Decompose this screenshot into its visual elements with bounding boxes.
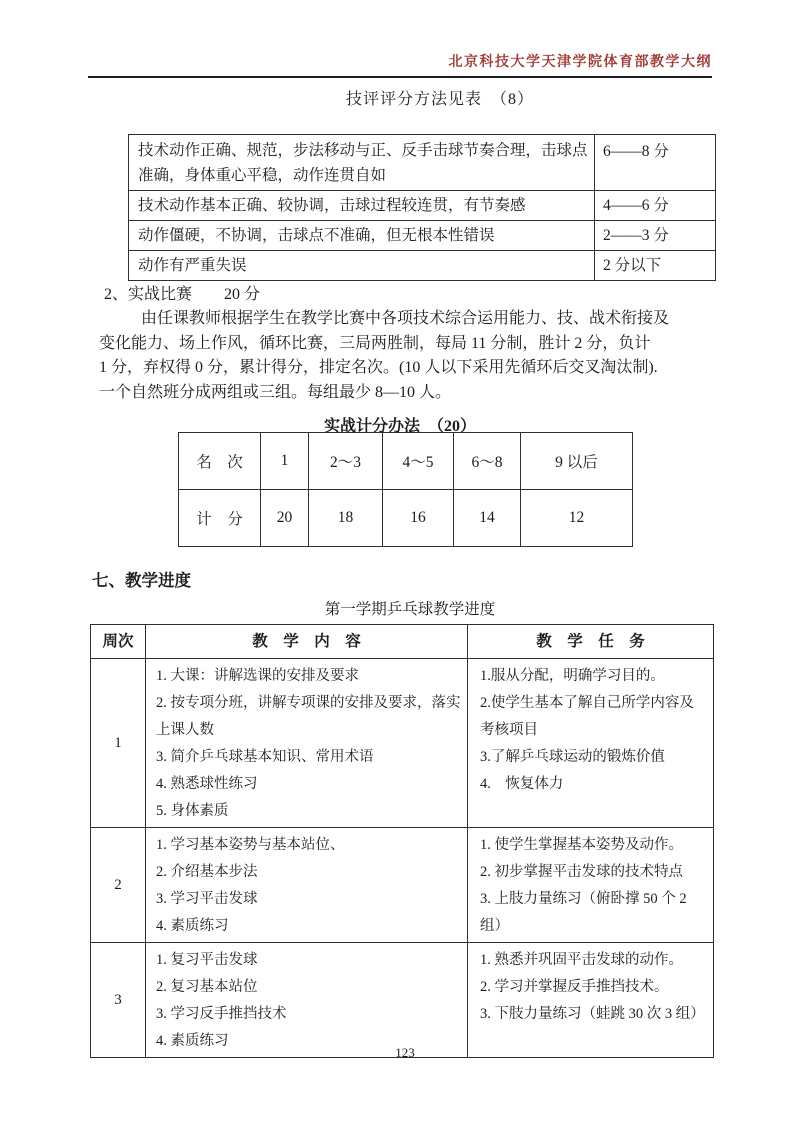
rank-cell: 4～5: [383, 433, 454, 490]
paragraph-line: 1 分，弃权得 0 分，累计得分，排定名次。(10 人以下采用先循环后交叉淘汰制…: [99, 356, 669, 381]
score-cell: 2 分以下: [595, 251, 716, 281]
rank-cell: 6～8: [454, 433, 521, 490]
table-row: 动作僵硬，不协调，击球点不准确，但无根本性错误 2——3 分: [129, 221, 716, 251]
document-page: 北京科技大学天津学院体育部教学大纲 技评评分方法见表 （8） 技术动作正确、规范…: [0, 0, 800, 1131]
table-row: 名 次 1 2～3 4～5 6～8 9 以后: [179, 433, 633, 490]
content-item: 3. 学习平击发球: [156, 886, 461, 913]
content-cell: 1. 大课：讲解选课的安排及要求 2. 按专项分班，讲解专项课的安排及要求，落实…: [146, 659, 468, 828]
points-cell: 18: [309, 490, 383, 547]
score-cell: 4——6 分: [595, 191, 716, 221]
page-header-title: 北京科技大学天津学院体育部教学大纲: [88, 51, 712, 71]
points-cell: 14: [454, 490, 521, 547]
task-item: 1. 熟悉并巩固平击发球的动作。: [480, 947, 707, 974]
paragraph-line: 一个自然班分成两组或三组。每组最少 8—10 人。: [99, 381, 669, 406]
content-item: 2. 复习基本站位: [156, 974, 461, 1001]
criteria-cell: 动作有严重失误: [129, 251, 595, 281]
rank-cell: 1: [261, 433, 309, 490]
rank-cell: 2～3: [309, 433, 383, 490]
task-cell: 1. 熟悉并巩固平击发球的动作。 2. 学习并掌握反手推挡技术。 3. 下肢力量…: [468, 943, 714, 1058]
week-number-cell: 3: [91, 943, 146, 1058]
page-number: 123: [0, 1045, 800, 1061]
content-cell: 1. 学习基本姿势与基本站位、 2. 介绍基本步法 3. 学习平击发球 4. 素…: [146, 828, 468, 943]
schedule-row-week1: 1 1. 大课：讲解选课的安排及要求 2. 按专项分班，讲解专项课的安排及要求，…: [91, 659, 714, 828]
header-rule: [88, 76, 712, 78]
teaching-schedule-table: 周次 教 学 内 容 教 学 任 务 1 1. 大课：讲解选课的安排及要求 2.…: [90, 624, 714, 1058]
content-item: 2. 按专项分班，讲解专项课的安排及要求，落实上课人数: [156, 690, 461, 744]
content-item: 5. 身体素质: [156, 798, 461, 825]
table-row: 技术动作基本正确、较协调，击球过程较连贯，有节奏感 4——6 分: [129, 191, 716, 221]
schedule-row-week3: 3 1. 复习平击发球 2. 复习基本站位 3. 学习反手推挡技术 4. 素质练…: [91, 943, 714, 1058]
task-item: 3. 下肢力量练习（蛙跳 30 次 3 组）: [480, 1001, 707, 1028]
content-item: 1. 学习基本姿势与基本站位、: [156, 832, 461, 859]
score-cell: 2——3 分: [595, 221, 716, 251]
task-item: 4. 恢复体力: [480, 771, 707, 798]
task-item: 2. 初步掌握平击发球的技术特点: [480, 859, 707, 886]
table-row: 动作有严重失误 2 分以下: [129, 251, 716, 281]
table-row: 技术动作正确、规范，步法移动与正、反手击球节奏合理，击球点准确，身体重心平稳，动…: [129, 135, 716, 191]
rank-cell: 9 以后: [521, 433, 633, 490]
criteria-cell: 动作僵硬，不协调，击球点不准确，但无根本性错误: [129, 221, 595, 251]
content-item: 3. 学习反手推挡技术: [156, 1001, 461, 1028]
week-header-cell: 周次: [91, 625, 146, 659]
header-row: 周次 教 学 内 容 教 学 任 务: [91, 625, 714, 659]
paragraph-line: 变化能力、场上作风，循环比赛，三局两胜制，每局 11 分制，胜计 2 分，负计: [99, 332, 669, 357]
technique-score-table: 技术动作正确、规范，步法移动与正、反手击球节奏合理，击球点准确，身体重心平稳，动…: [128, 134, 716, 281]
task-item: 3.了解乒乓球运动的锻炼价值: [480, 744, 707, 771]
schedule-table-title: 第一学期乒乓球教学进度: [0, 597, 800, 619]
criteria-cell: 技术动作基本正确、较协调，击球过程较连贯，有节奏感: [129, 191, 595, 221]
content-item: 2. 介绍基本步法: [156, 859, 461, 886]
combat-paragraph: 由任课教师根据学生在教学比赛中各项技术综合运用能力、技、战术衔接及 变化能力、场…: [99, 307, 669, 405]
task-item: 3. 上肢力量练习（俯卧撑 50 个 2 组）: [480, 886, 707, 940]
week-number-cell: 1: [91, 659, 146, 828]
doc-title: 技评评分方法见表 （8）: [80, 86, 800, 109]
content-header-cell: 教 学 内 容: [146, 625, 468, 659]
task-cell: 1. 使学生掌握基本姿势及动作。 2. 初步掌握平击发球的技术特点 3. 上肢力…: [468, 828, 714, 943]
points-cell: 20: [261, 490, 309, 547]
task-header-cell: 教 学 任 务: [468, 625, 714, 659]
section-seven-heading: 七、教学进度: [92, 567, 191, 591]
paragraph-line: 由任课教师根据学生在教学比赛中各项技术综合运用能力、技、战术衔接及: [99, 307, 669, 332]
content-item: 4. 素质练习: [156, 913, 461, 940]
table-row: 计 分 20 18 16 14 12: [179, 490, 633, 547]
schedule-row-week2: 2 1. 学习基本姿势与基本站位、 2. 介绍基本步法 3. 学习平击发球 4.…: [91, 828, 714, 943]
task-cell: 1.服从分配，明确学习目的。 2.使学生基本了解自己所学内容及考核项目 3.了解…: [468, 659, 714, 828]
task-item: 1.服从分配，明确学习目的。: [480, 663, 707, 690]
match-scoring-table: 名 次 1 2～3 4～5 6～8 9 以后 计 分 20 18 16 14 1…: [178, 432, 633, 547]
task-item: 2. 学习并掌握反手推挡技术。: [480, 974, 707, 1001]
rank-label-cell: 名 次: [179, 433, 261, 490]
score-cell: 6——8 分: [595, 135, 716, 191]
task-item: 1. 使学生掌握基本姿势及动作。: [480, 832, 707, 859]
points-cell: 12: [521, 490, 633, 547]
criteria-cell: 技术动作正确、规范，步法移动与正、反手击球节奏合理，击球点准确，身体重心平稳，动…: [129, 135, 595, 191]
week-number-cell: 2: [91, 828, 146, 943]
content-item: 1. 复习平击发球: [156, 947, 461, 974]
points-cell: 16: [383, 490, 454, 547]
combat-section-heading: 2、实战比赛 20 分: [104, 281, 260, 304]
content-item: 1. 大课：讲解选课的安排及要求: [156, 663, 461, 690]
content-item: 4. 熟悉球性练习: [156, 771, 461, 798]
content-cell: 1. 复习平击发球 2. 复习基本站位 3. 学习反手推挡技术 4. 素质练习: [146, 943, 468, 1058]
task-item: 2.使学生基本了解自己所学内容及考核项目: [480, 690, 707, 744]
content-item: 3. 简介乒乓球基本知识、常用术语: [156, 744, 461, 771]
points-label-cell: 计 分: [179, 490, 261, 547]
